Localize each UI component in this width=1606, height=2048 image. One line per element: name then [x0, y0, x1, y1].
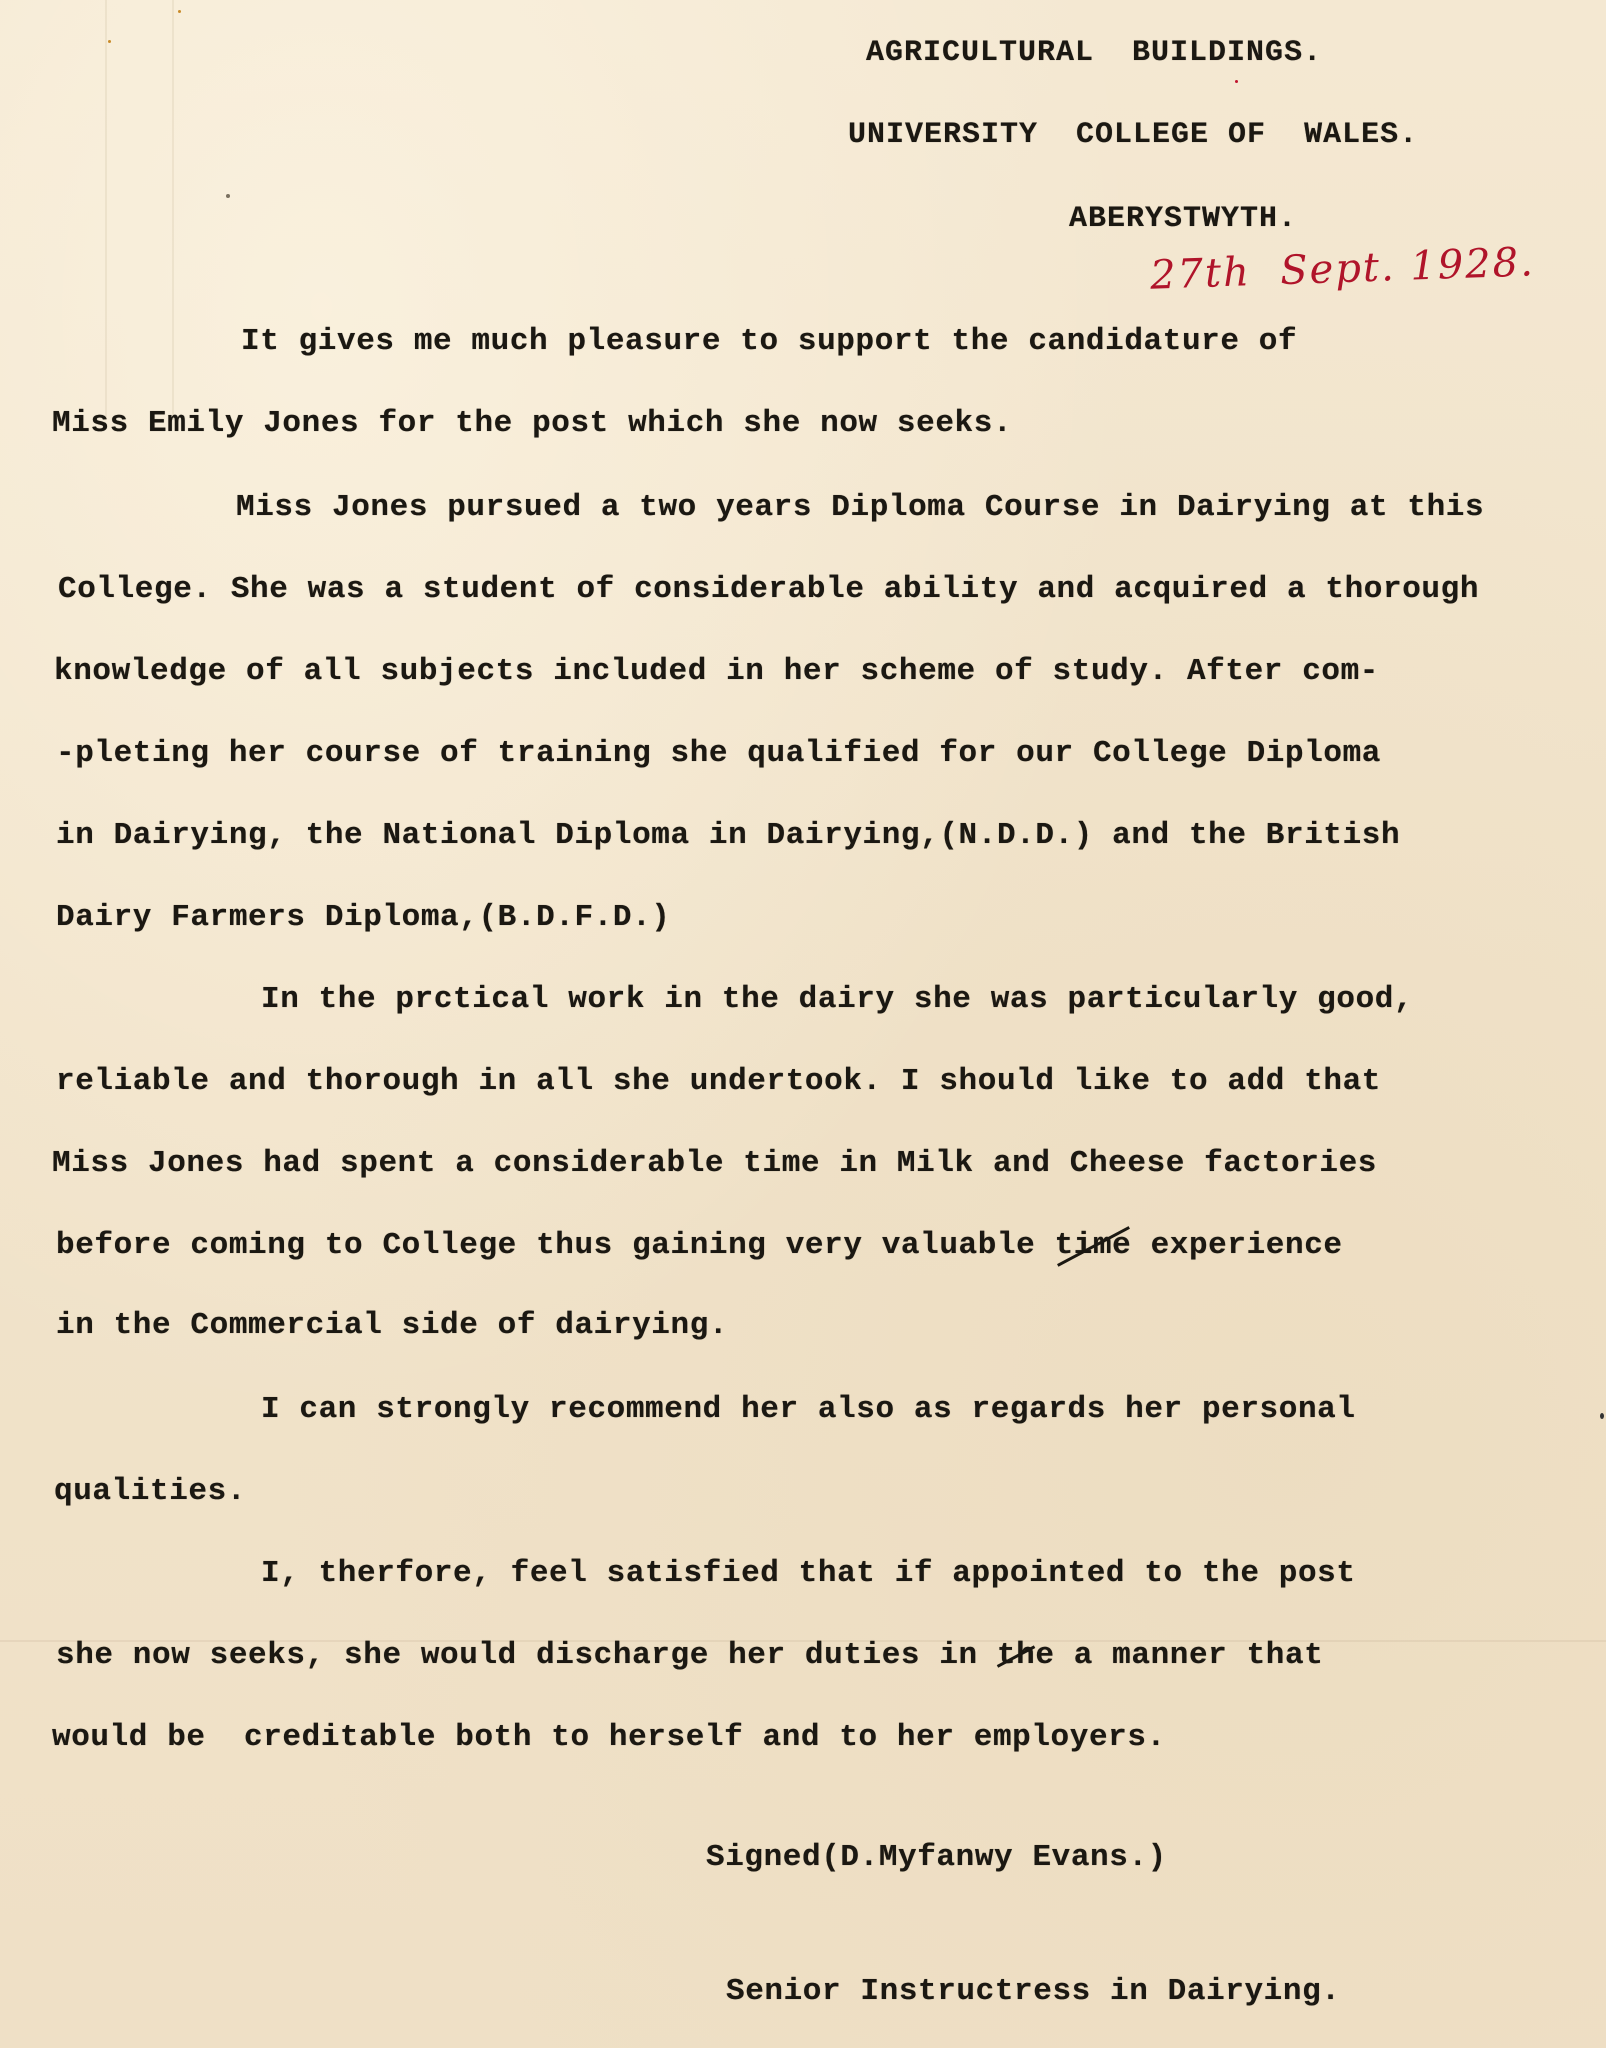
body-line-7: in Dairying, the National Diploma in Dai…	[56, 820, 1400, 851]
signatory-title: Senior Instructress in Dairying.	[726, 1976, 1341, 2007]
body-line-9: In the prctical work in the dairy she wa…	[261, 984, 1413, 1015]
paper-speck	[1600, 1413, 1604, 1419]
body-line-13: in the Commercial side of dairying.	[56, 1310, 728, 1341]
body-line-5: knowledge of all subjects included in he…	[54, 656, 1379, 687]
body-line-12: before coming to College thus gaining ve…	[56, 1230, 1343, 1261]
body-line-15: qualities.	[54, 1476, 246, 1507]
signature-line: Signed(D.Myfanwy Evans.)	[706, 1842, 1167, 1873]
paper-speck	[226, 194, 230, 198]
body-line-6: -pleting her course of training she qual…	[56, 738, 1381, 769]
body-line-11: Miss Jones had spent a considerable time…	[52, 1148, 1377, 1179]
body-line-12-tail: experience	[1131, 1228, 1342, 1263]
handwritten-date: 27th Sept. 1928.	[1149, 239, 1535, 298]
struck-word-time: time	[1055, 1230, 1132, 1261]
letterhead-line-2: UNIVERSITY COLLEGE OF WALES.	[848, 120, 1418, 150]
body-line-18: would be creditable both to herself and …	[52, 1722, 1166, 1753]
paper-crease	[105, 0, 107, 420]
paper-crease	[172, 0, 174, 420]
letter-page: AGRICULTURAL BUILDINGS. UNIVERSITY COLLE…	[0, 0, 1606, 2048]
struck-word-th: th	[997, 1640, 1035, 1671]
body-line-1: It gives me much pleasure to support the…	[241, 326, 1297, 357]
body-line-16: I, therfore, feel satisfied that if appo…	[261, 1558, 1356, 1589]
letterhead-line-3: ABERYSTWYTH.	[1069, 204, 1297, 234]
body-line-12-text: before coming to College thus gaining ve…	[56, 1228, 1055, 1263]
body-line-3: Miss Jones pursued a two years Diploma C…	[236, 492, 1484, 523]
paper-speck	[178, 10, 181, 13]
body-line-8: Dairy Farmers Diploma,(B.D.F.D.)	[56, 902, 671, 933]
body-line-17-text: she now seeks, she would discharge her d…	[56, 1638, 997, 1673]
body-line-4: College. She was a student of considerab…	[58, 574, 1479, 605]
body-line-17: she now seeks, she would discharge her d…	[56, 1640, 1323, 1671]
body-line-14: I can strongly recommend her also as reg…	[261, 1394, 1356, 1425]
paper-speck	[1235, 80, 1238, 83]
letterhead-line-1: AGRICULTURAL BUILDINGS.	[866, 38, 1322, 68]
body-line-2: Miss Emily Jones for the post which she …	[52, 408, 1012, 439]
body-line-10: reliable and thorough in all she underto…	[56, 1066, 1381, 1097]
body-line-17-tail: e a manner that	[1035, 1638, 1323, 1673]
paper-speck	[108, 40, 111, 43]
